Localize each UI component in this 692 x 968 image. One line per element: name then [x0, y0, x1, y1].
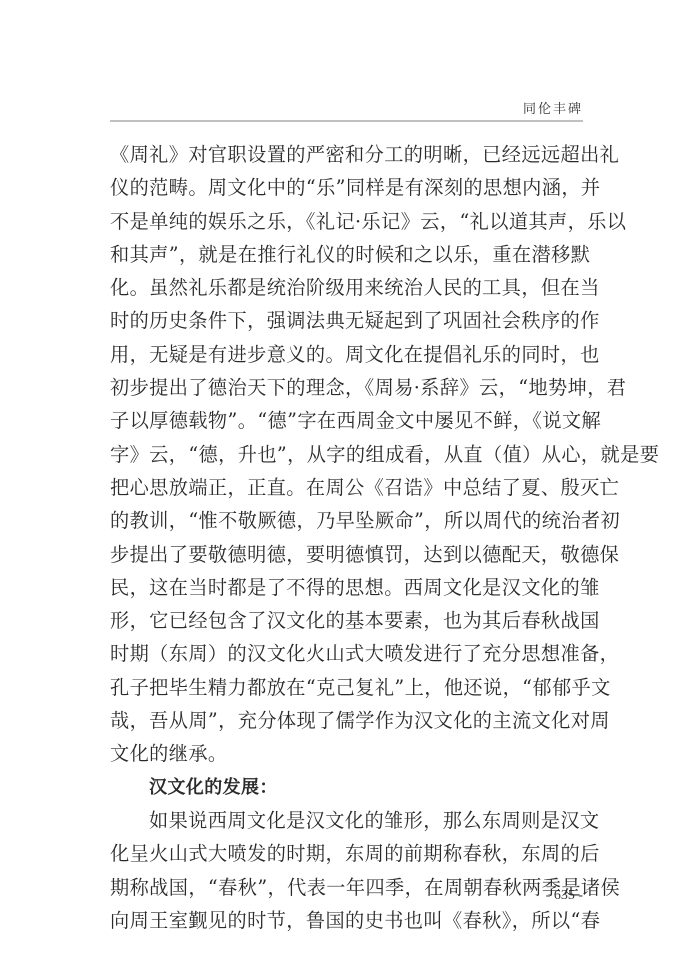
header-rule-divider — [110, 120, 583, 122]
text-line: 的教训，“惟不敬厥德，乃早坠厥命”，所以周代的统治者初 — [110, 504, 586, 537]
text-line: 《周礼》对官职设置的严密和分工的明晰，已经远远超出礼 — [110, 138, 586, 171]
text-line: 向周王室觐见的时节，鲁国的史书也叫《春秋》，所以“春 — [110, 904, 586, 937]
text-line: 初步提出了德治天下的理念，《周易·系辞》云，“地势坤，君 — [110, 371, 586, 404]
body-text: 《周礼》对官职设置的严密和分工的明晰，已经远远超出礼 仪的范畴。周文化中的“乐”… — [110, 138, 586, 937]
page-number: - 635 - — [480, 888, 583, 904]
text-line: 子以厚德载物”。“德”字在西周金文中屡见不鲜，《说文解 — [110, 404, 586, 437]
text-line: 化。虽然礼乐都是统治阶级用来统治人民的工具，但在当 — [110, 271, 586, 304]
text-line: 不是单纯的娱乐之乐，《礼记·乐记》云，“礼以道其声，乐以 — [110, 205, 586, 238]
text-line: 和其声”，就是在推行礼仪的时候和之以乐，重在潜移默 — [110, 238, 586, 271]
text-line: 时期（东周）的汉文化火山式大喷发进行了充分思想准备， — [110, 637, 586, 670]
text-line: 孔子把毕生精力都放在“克己复礼”上，他还说，“郁郁乎文 — [110, 671, 586, 704]
text-line: 民，这在当时都是了不得的思想。西周文化是汉文化的雏 — [110, 571, 586, 604]
text-line: 哉，吾从周”，充分体现了儒学作为汉文化的主流文化对周 — [110, 704, 586, 737]
text-line: 化呈火山式大喷发的时期，东周的前期称春秋，东周的后 — [110, 837, 586, 870]
text-line-paragraph-end: 文化的继承。 — [110, 737, 586, 770]
text-line-paragraph-start: 如果说西周文化是汉文化的雏形，那么东周则是汉文 — [110, 804, 586, 837]
text-line: 把心思放端正，正直。在周公《召诰》中总结了夏、殷灭亡 — [110, 471, 586, 504]
text-line: 字》云，“德，升也”，从字的组成看，从直（值）从心，就是要 — [110, 438, 586, 471]
text-line: 形，它已经包含了汉文化的基本要素，也为其后春秋战国 — [110, 604, 586, 637]
text-line: 仪的范畴。周文化中的“乐”同样是有深刻的思想内涵，并 — [110, 171, 586, 204]
running-head: 同伦丰碑 — [110, 98, 583, 118]
text-line: 用，无疑是有进步意义的。周文化在提倡礼乐的同时，也 — [110, 338, 586, 371]
text-line: 时的历史条件下，强调法典无疑起到了巩固社会秩序的作 — [110, 304, 586, 337]
text-line: 步提出了要敬德明德，要明德慎罚，达到以德配天，敬德保 — [110, 538, 586, 571]
section-heading: 汉文化的发展： — [110, 771, 586, 804]
